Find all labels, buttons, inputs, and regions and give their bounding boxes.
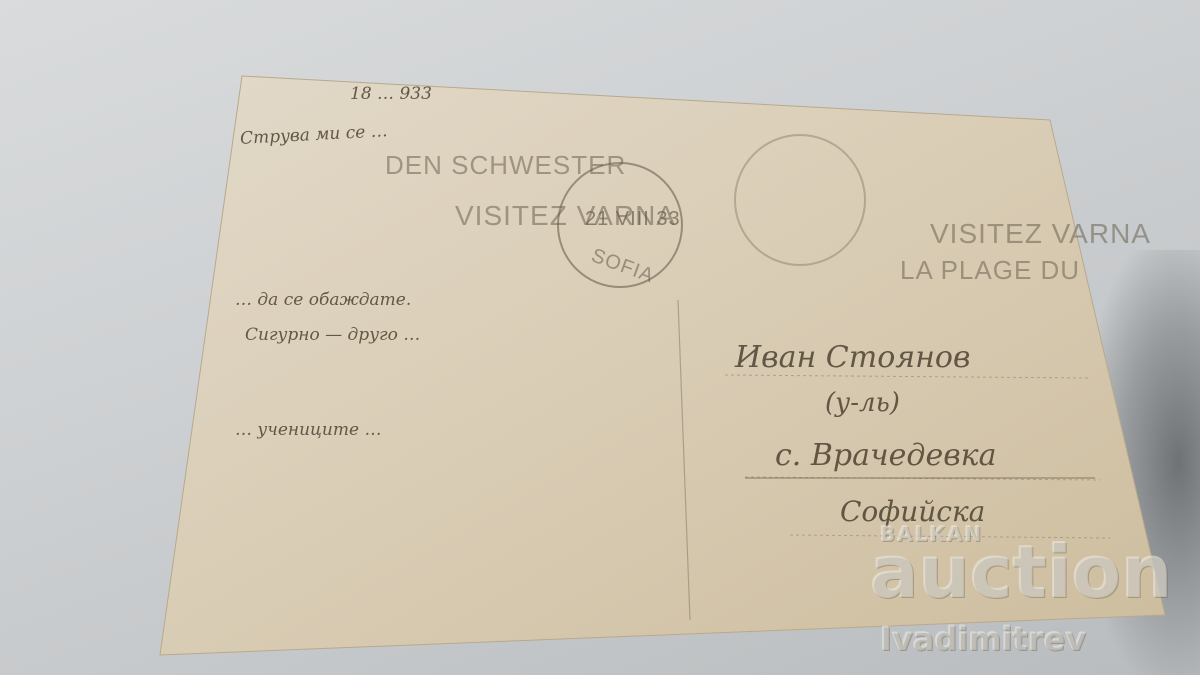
message-line: … учениците … bbox=[235, 420, 381, 440]
slogan-line-1: DEN SCHWESTER bbox=[385, 150, 626, 181]
slogan-line-3: LA PLAGE DU bbox=[900, 255, 1080, 286]
watermark-brand-large: auction bbox=[870, 530, 1172, 614]
address-name: Иван Стоянов bbox=[735, 340, 970, 375]
message-line: Сигурно — друго … bbox=[245, 325, 420, 345]
date-note: 18 … 933 bbox=[350, 84, 432, 104]
watermark-seller: Ivadimitrev bbox=[880, 620, 1086, 658]
address-note: (у-ль) bbox=[825, 388, 900, 418]
slogan-line-2b: VISITEZ VARNA bbox=[930, 218, 1151, 250]
message-line: … да се обаждате. bbox=[235, 290, 411, 310]
postmark-date: 21 VIII 33 bbox=[585, 208, 681, 231]
address-village: с. Врачедевка bbox=[775, 438, 996, 473]
